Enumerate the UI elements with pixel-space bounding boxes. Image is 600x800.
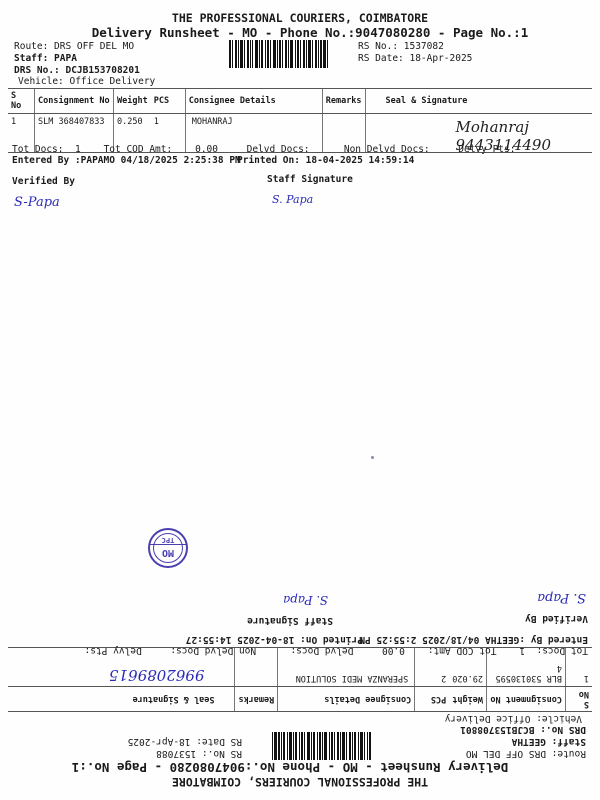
vehicle: Vehicle: Office Delivery <box>445 712 582 725</box>
tpc-mo-stamp: MO TPC <box>148 528 188 568</box>
col-weight: Weight <box>114 89 151 114</box>
col-weight: Weight <box>449 687 486 712</box>
col-remarks: Remarks <box>322 89 365 114</box>
entered-by: Entered By :GEETHA 04/18/2025 2:55:25 PM <box>359 633 588 646</box>
runsheet-bottom-rotated: THE PROFESSIONAL COURIERS, COIMBATORE De… <box>0 400 600 800</box>
verified-by-label: Verified By <box>525 612 588 625</box>
entered-by: Entered By :PAPAMO 04/18/2025 2:25:38 PM <box>12 154 241 167</box>
company-name: THE PROFESSIONAL COURIERS, COIMBATORE <box>0 775 600 789</box>
staff: Staff: GEETHA <box>512 735 586 748</box>
col-sno: S No <box>566 687 593 712</box>
col-sno: S No <box>8 89 35 114</box>
vehicle: Vehicle: Office Delivery <box>18 75 155 88</box>
col-consignment: Consignment No <box>35 89 114 114</box>
col-remarks: Remarks <box>235 687 278 712</box>
col-seal-signature: Seal & Signature <box>365 89 592 114</box>
col-pcs: PCS <box>151 89 186 114</box>
col-seal-signature: Seal & Signature <box>8 687 235 712</box>
staff-signature-label: Staff Signature <box>247 614 333 627</box>
tot-docs: 1 <box>519 645 525 656</box>
runsheet-top: THE PROFESSIONAL COURIERS, COIMBATORE De… <box>0 0 600 400</box>
rs-date: RS Date: 18-Apr-2025 <box>128 735 242 748</box>
col-pcs: PCS <box>415 687 450 712</box>
printed-on: Printed On: 18-04-2025 14:59:14 <box>237 154 414 167</box>
route: Route: DRS OFF DEL MO <box>466 747 586 760</box>
verified-by-label: Verified By <box>12 175 75 188</box>
staff-signature: S. Papa <box>272 193 313 206</box>
verified-signature: S. Papa <box>537 590 586 605</box>
barcode <box>229 40 349 68</box>
runsheet-heading: Delivery Runsheet - MO - Phone No.:90470… <box>10 25 600 40</box>
company-name: THE PROFESSIONAL COURIERS, COIMBATORE <box>0 11 600 25</box>
recipient-signature: 9962089615 <box>109 666 204 684</box>
rs-number: RS No.: 1537088 <box>156 747 242 760</box>
barcode <box>251 732 371 760</box>
verified-signature: S-Papa <box>14 195 60 210</box>
runsheet-heading: Delivery Runsheet - MO - Phone No.:90470… <box>0 760 590 775</box>
rs-date: RS Date: 18-Apr-2025 <box>358 52 472 65</box>
col-consignment: Consignment No <box>487 687 566 712</box>
tot-cod: 0.00 <box>382 645 405 656</box>
col-consignee: Consignee Details <box>278 687 415 712</box>
staff-signature-label: Staff Signature <box>267 173 353 186</box>
col-consignee: Consignee Details <box>185 89 322 114</box>
staff-signature: S. Papa <box>283 593 328 607</box>
printed-on: Printed On: 18-04-2025 14:55:27 <box>186 633 363 646</box>
